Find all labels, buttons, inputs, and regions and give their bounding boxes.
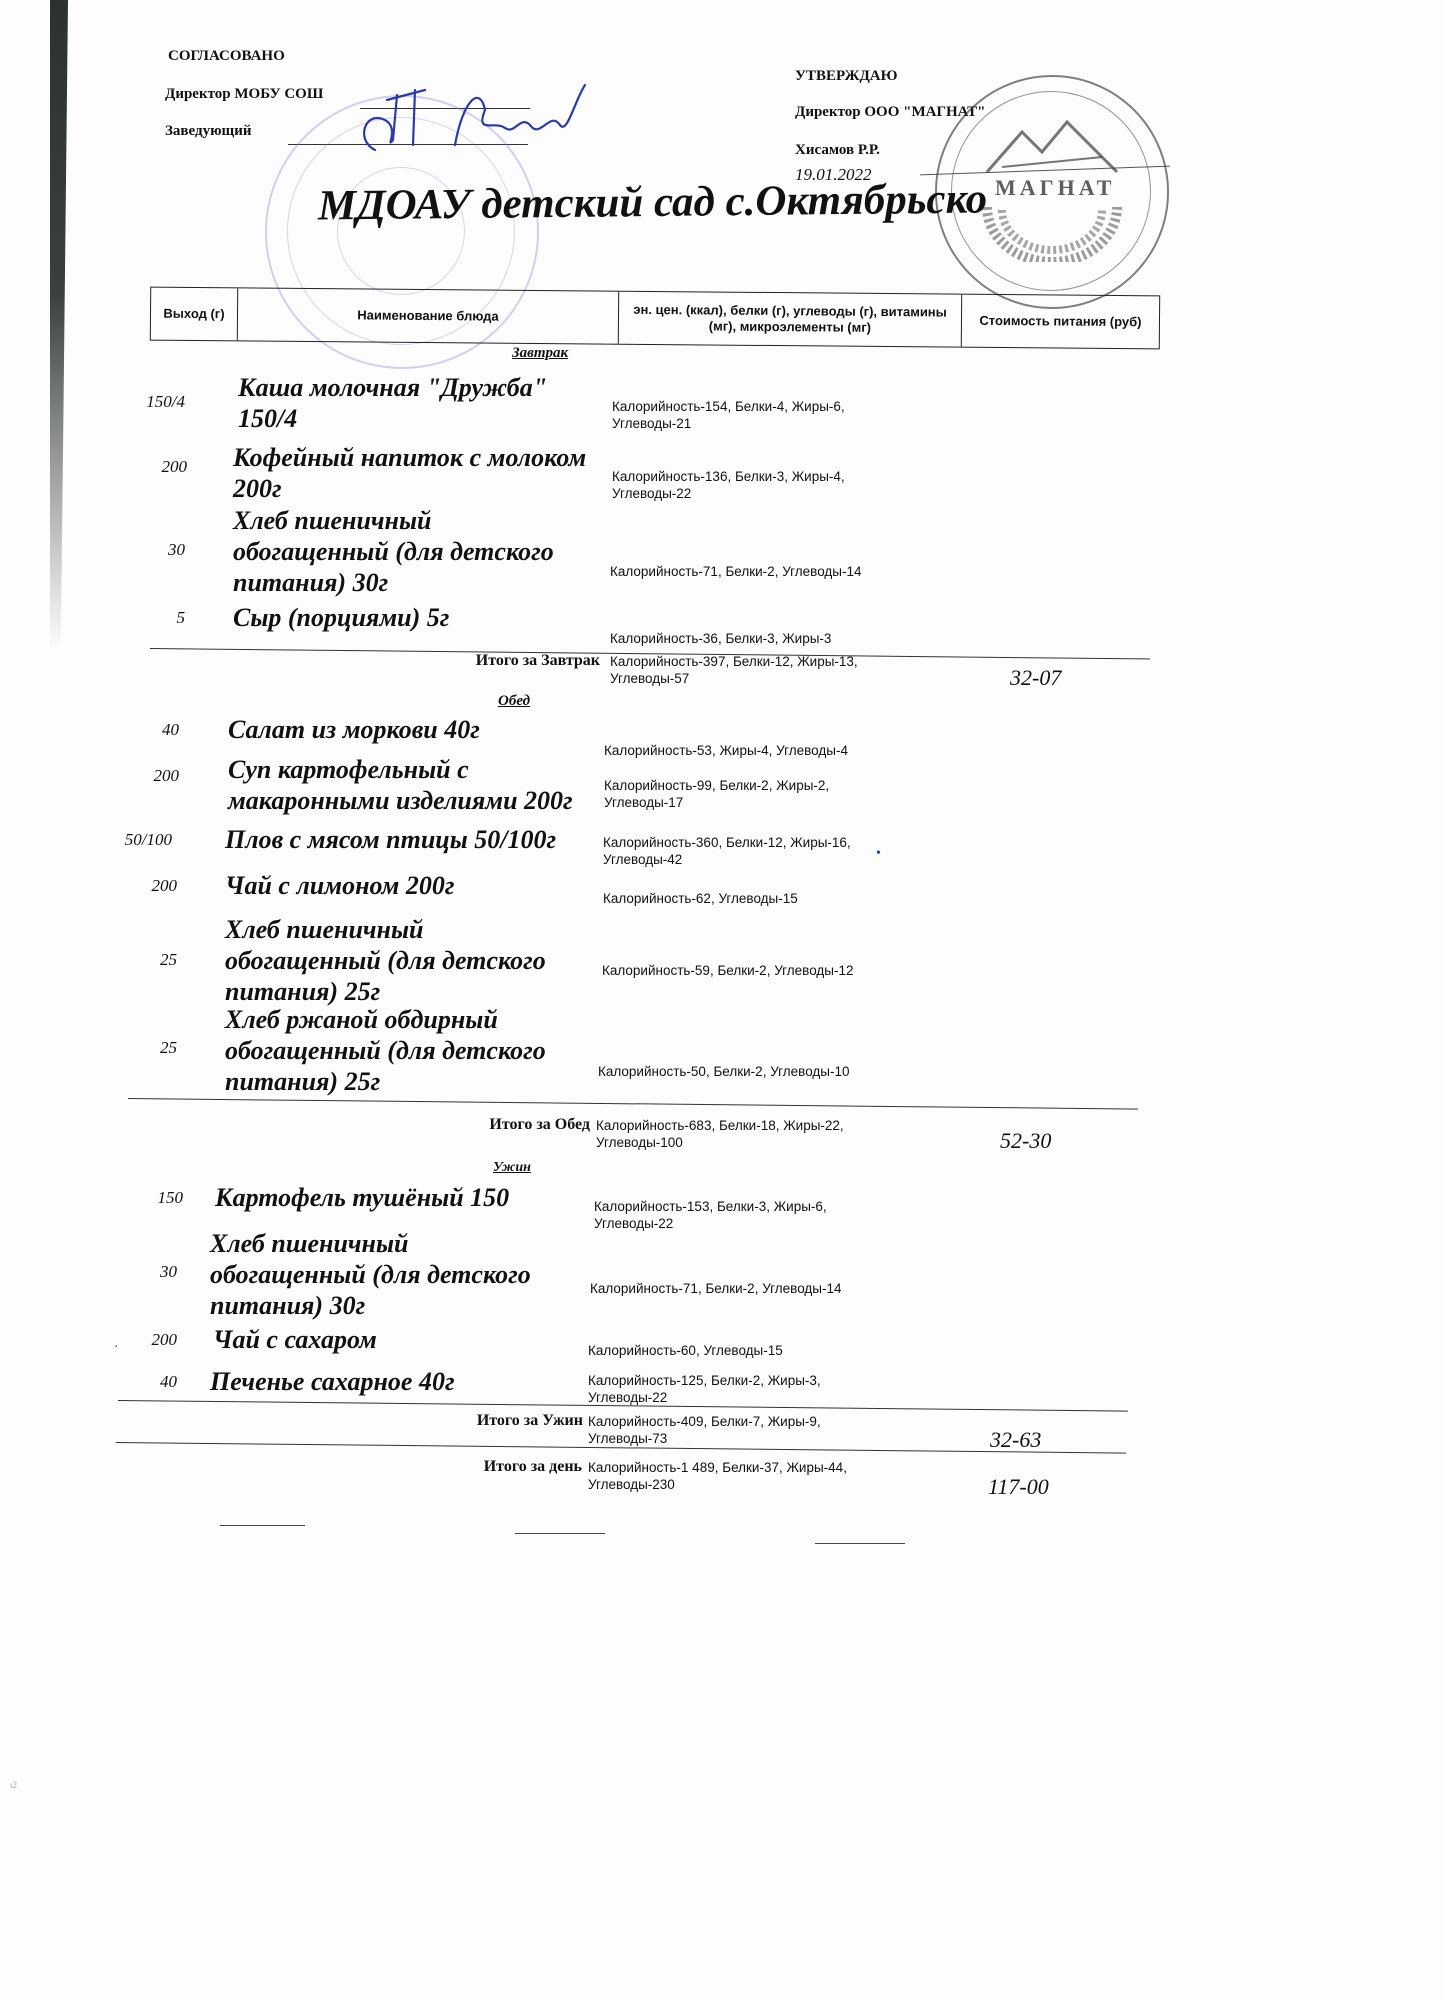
item-nutrition: Калорийность-50, Белки-2, Углеводы-10 — [598, 1063, 938, 1080]
agreed-role: Заведующий — [165, 123, 251, 140]
section-title-breakfast: Завтрак — [512, 345, 568, 362]
signature-left — [345, 80, 595, 160]
item-nutrition: Калорийность-53, Жиры-4, Углеводы-4 — [604, 742, 944, 759]
footer-signature-line — [220, 1525, 305, 1526]
item-name: Хлеб пшеничный обогащенный (для детского… — [210, 1228, 570, 1321]
item-name: Плов с мясом птицы 50/100г — [225, 824, 625, 855]
total-label: Итого за Ужин — [333, 1412, 583, 1430]
approve-name: Хисамов Р.Р. — [795, 142, 880, 159]
total-cost: 52-30 — [1000, 1128, 1051, 1154]
column-header-cost: Стоимость питания (руб) — [962, 295, 1159, 349]
item-qty: 150/4 — [130, 392, 185, 412]
footer-signature-line — [515, 1533, 605, 1534]
divider — [128, 1098, 1138, 1110]
item-qty: 200 — [132, 457, 187, 477]
agreed-position: Директор МОБУ СОШ — [165, 86, 323, 103]
item-name: Чай с лимоном 200г — [225, 870, 625, 901]
total-nutrition: Калорийность-683, Белки-18, Жиры-22, Угл… — [596, 1117, 896, 1151]
item-nutrition: Калорийность-60, Углеводы-15 — [588, 1342, 928, 1359]
section-title-lunch: Обед — [498, 693, 530, 710]
item-qty: 150 — [128, 1188, 183, 1208]
approve-label: УТВЕРЖДАЮ — [795, 68, 898, 85]
page-title: МДОАУ детский сад с.Октябрьско — [318, 174, 988, 230]
agreed-label: СОГЛАСОВАНО — [168, 48, 285, 65]
column-header-name: Наименование блюда — [238, 288, 619, 343]
item-nutrition: Калорийность-154, Белки-4, Жиры-6, Углев… — [612, 398, 912, 432]
total-cost: 32-63 — [990, 1427, 1041, 1453]
item-qty: 25 — [122, 950, 177, 970]
column-header-nutrition: эн. цен. (ккал), белки (г), углеводы (г)… — [619, 292, 962, 347]
item-qty: 200 — [124, 766, 179, 786]
item-nutrition: Калорийность-125, Белки-2, Жиры-3, Углев… — [588, 1372, 888, 1406]
approve-position: Директор ООО "МАГНАТ" — [795, 104, 986, 121]
section-title-dinner: Ужин — [493, 1160, 531, 1176]
total-label: Итого за Завтрак — [350, 652, 600, 670]
item-name: Хлеб пшеничный обогащенный (для детского… — [225, 914, 585, 1007]
total-nutrition: Калорийность-397, Белки-12, Жиры-13, Угл… — [610, 653, 910, 687]
column-header-qty: Выход (г) — [151, 288, 238, 341]
item-nutrition: Калорийность-59, Белки-2, Углеводы-12 — [602, 962, 942, 979]
item-nutrition: Калорийность-71, Белки-2, Углеводы-14 — [590, 1280, 930, 1297]
item-qty: 25 — [122, 1038, 177, 1058]
item-name: Кофейный напиток с молоком 200г — [233, 442, 593, 504]
day-total-nutrition: Калорийность-1 489, Белки-37, Жиры-44, У… — [588, 1459, 908, 1493]
item-name: Чай с сахаром — [213, 1324, 613, 1355]
item-name: Сыр (порциями) 5г — [233, 602, 633, 633]
pen-correction-mark: • — [876, 846, 881, 862]
footer-signature-line — [815, 1543, 905, 1544]
item-name: Салат из моркови 40г — [228, 714, 628, 745]
item-qty: 30 — [130, 540, 185, 560]
menu-table-header: Выход (г) Наименование блюда эн. цен. (к… — [150, 287, 1160, 350]
total-label: Итого за Обед — [340, 1116, 590, 1134]
stray-dot: · — [114, 1340, 119, 1356]
item-nutrition: Калорийность-36, Белки-3, Жиры-3 — [610, 630, 950, 647]
item-qty: 5 — [130, 608, 185, 628]
item-nutrition: Калорийность-360, Белки-12, Жиры-16, Угл… — [603, 834, 913, 868]
item-name: Каша молочная "Дружба" 150/4 — [238, 372, 598, 434]
item-qty: 200 — [122, 1330, 177, 1350]
item-qty: 40 — [124, 720, 179, 740]
item-nutrition: Калорийность-71, Белки-2, Углеводы-14 — [610, 563, 950, 580]
item-nutrition: Калорийность-62, Углеводы-15 — [603, 890, 943, 907]
total-cost: 32-07 — [1010, 665, 1061, 691]
item-qty: 50/100 — [110, 830, 172, 850]
day-total-cost: 117-00 — [988, 1474, 1049, 1500]
day-total-label: Итого за день — [332, 1458, 582, 1476]
item-name: Хлеб пшеничный обогащенный (для детского… — [233, 505, 593, 598]
item-qty: 30 — [122, 1262, 177, 1282]
item-nutrition: Калорийность-99, Белки-2, Жиры-2, Углево… — [604, 777, 904, 811]
item-name: Хлеб ржаной обдирный обогащенный (для де… — [225, 1004, 615, 1097]
total-nutrition: Калорийность-409, Белки-7, Жиры-9, Углев… — [588, 1413, 888, 1447]
item-name: Печенье сахарное 40г — [210, 1366, 610, 1397]
item-name: Картофель тушёный 150 — [215, 1182, 615, 1213]
scan-artifact: ı2 — [10, 1780, 17, 1790]
item-qty: 200 — [122, 876, 177, 896]
scan-edge-shadow — [50, 0, 68, 650]
item-qty: 40 — [122, 1372, 177, 1392]
item-nutrition: Калорийность-136, Белки-3, Жиры-4, Углев… — [612, 468, 912, 502]
item-name: Суп картофельный с макаронными изделиями… — [228, 754, 598, 816]
stamp-org-name: МАГНАТ — [995, 175, 1115, 201]
item-nutrition: Калорийность-153, Белки-3, Жиры-6, Углев… — [594, 1198, 894, 1232]
